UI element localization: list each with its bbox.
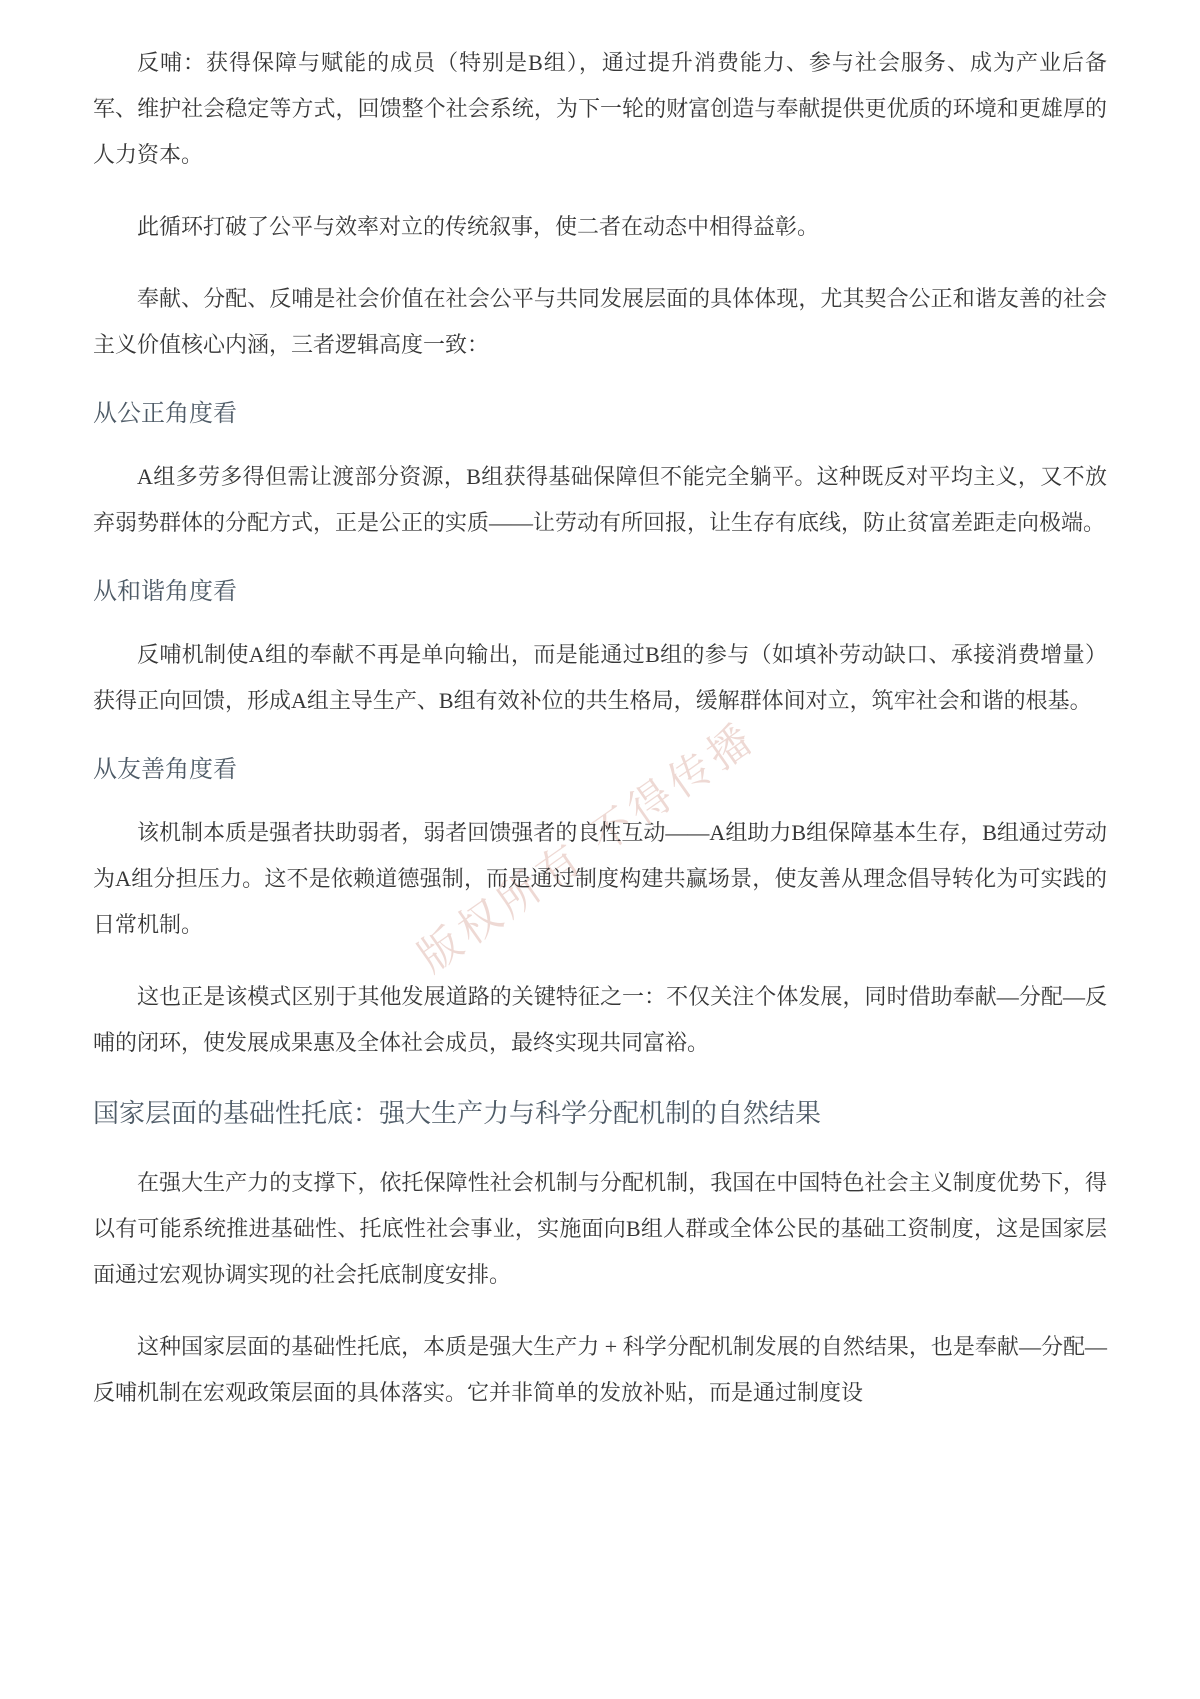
paragraph-three-values-intro: 奉献、分配、反哺是社会价值在社会公平与共同发展层面的具体体现，尤其契合公正和谐友…: [93, 276, 1107, 368]
paragraph-model-distinction: 这也正是该模式区别于其他发展道路的关键特征之一：不仅关注个体发展，同时借助奉献—…: [93, 974, 1107, 1066]
heading-harmony-perspective: 从和谐角度看: [93, 572, 1107, 612]
paragraph-feedback-definition: 反哺：获得保障与赋能的成员（特别是B组），通过提升消费能力、参与社会服务、成为产…: [93, 40, 1107, 178]
paragraph-national-support: 在强大生产力的支撑下，依托保障性社会机制与分配机制，我国在中国特色社会主义制度优…: [93, 1160, 1107, 1298]
document-body: 反哺：获得保障与赋能的成员（特别是B组），通过提升消费能力、参与社会服务、成为产…: [0, 0, 1200, 1416]
document-page: 版权所有 不得传播 反哺：获得保障与赋能的成员（特别是B组），通过提升消费能力、…: [0, 0, 1200, 1699]
heading-fairness-perspective: 从公正角度看: [93, 394, 1107, 434]
paragraph-national-mechanism: 这种国家层面的基础性托底，本质是强大生产力 + 科学分配机制发展的自然结果，也是…: [93, 1324, 1107, 1416]
heading-friendliness-perspective: 从友善角度看: [93, 750, 1107, 790]
paragraph-friendliness-detail: 该机制本质是强者扶助弱者，弱者回馈强者的良性互动——A组助力B组保障基本生存，B…: [93, 810, 1107, 948]
paragraph-harmony-detail: 反哺机制使A组的奉献不再是单向输出，而是能通过B组的参与（如填补劳动缺口、承接消…: [93, 632, 1107, 724]
heading-national-foundation: 国家层面的基础性托底：强大生产力与科学分配机制的自然结果: [93, 1092, 1107, 1136]
paragraph-fairness-detail: A组多劳多得但需让渡部分资源，B组获得基础保障但不能完全躺平。这种既反对平均主义…: [93, 454, 1107, 546]
paragraph-cycle-narrative: 此循环打破了公平与效率对立的传统叙事，使二者在动态中相得益彰。: [93, 204, 1107, 250]
